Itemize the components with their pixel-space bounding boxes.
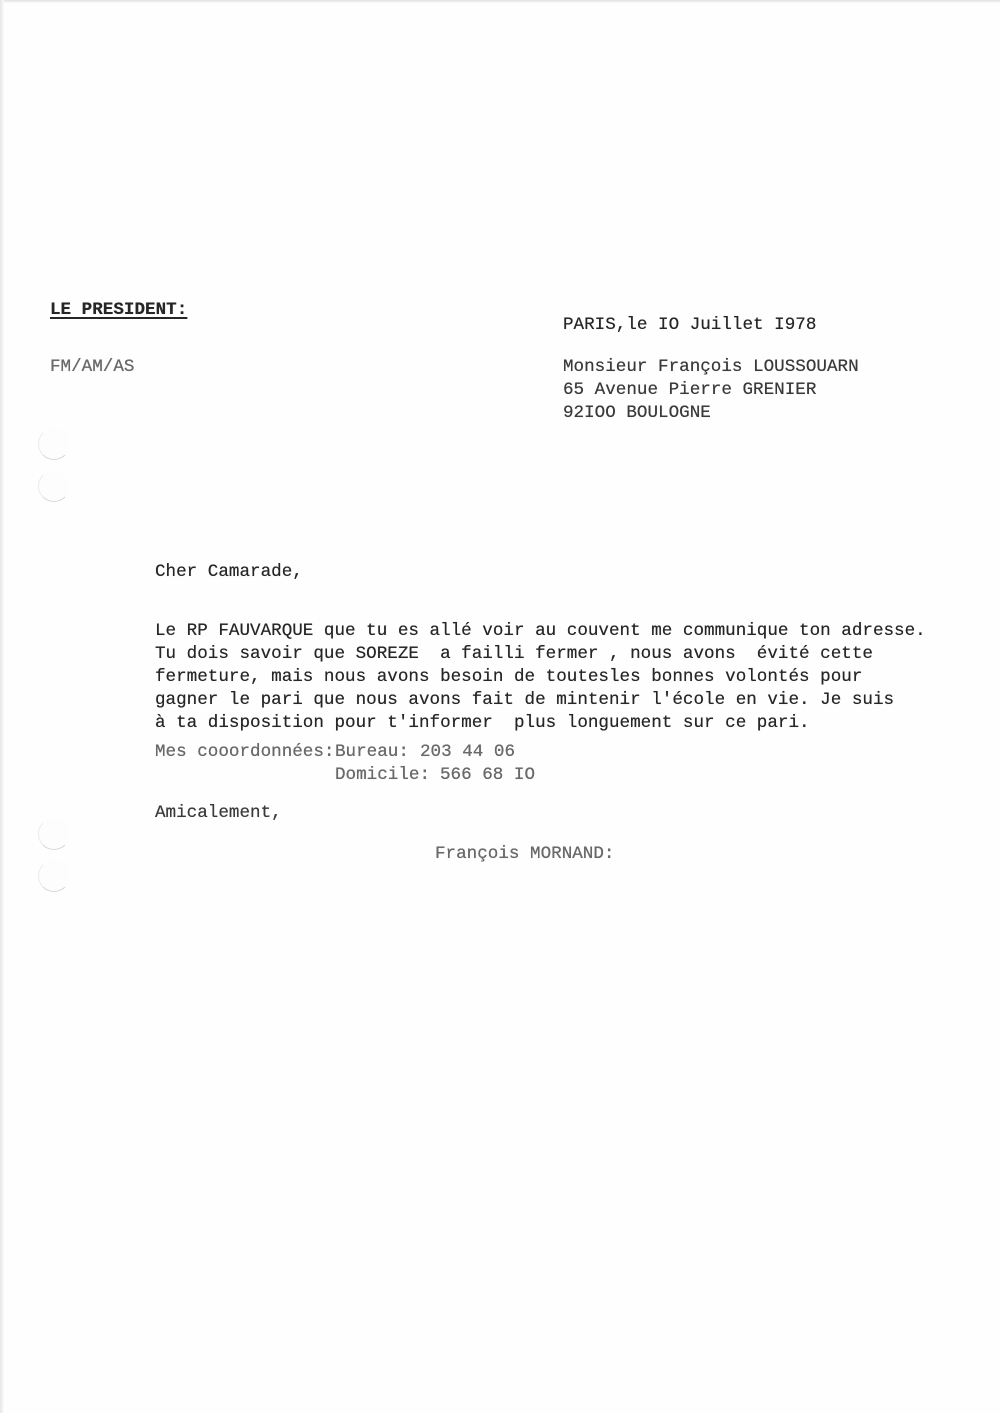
domicile-label: Domicile: (335, 764, 430, 788)
body-line: gagner le pari que nous avons fait de mi… (155, 689, 894, 713)
letter-page: LE PRESIDENT: FM/AM/AS PARIS,le IO Juill… (0, 0, 1000, 1413)
body-line: Tu dois savoir que SOREZE a failli ferme… (155, 643, 873, 667)
body-line: fermeture, mais nous avons besoin de tou… (155, 666, 862, 690)
reference-code: FM/AM/AS (50, 356, 134, 380)
body-line: Le RP FAUVARQUE que tu es allé voir au c… (155, 620, 926, 644)
closing: Amicalement, (155, 802, 282, 826)
recipient-name: Monsieur François LOUSSOUARN (563, 356, 859, 380)
signature: François MORNAND: (435, 843, 615, 867)
place-date: PARIS,le IO Juillet I978 (563, 314, 816, 338)
punch-hole-mark (38, 428, 70, 460)
paper-left-edge (0, 0, 4, 1413)
sender-title: LE PRESIDENT: (50, 299, 187, 323)
contact-label: Mes cooordonnées: (155, 741, 335, 765)
bureau-number: 203 44 06 (420, 741, 515, 765)
bureau-label: Bureau: (335, 741, 409, 765)
punch-hole-mark (38, 470, 70, 502)
body-line: à ta disposition pour t'informer plus lo… (155, 712, 810, 736)
recipient-street: 65 Avenue Pierre GRENIER (563, 379, 816, 403)
domicile-number: 566 68 IO (440, 764, 535, 788)
salutation: Cher Camarade, (155, 561, 303, 585)
recipient-city: 92IOO BOULOGNE (563, 402, 711, 426)
paper-top-edge (0, 0, 1000, 3)
punch-hole-mark (38, 860, 70, 892)
punch-hole-mark (38, 818, 70, 850)
